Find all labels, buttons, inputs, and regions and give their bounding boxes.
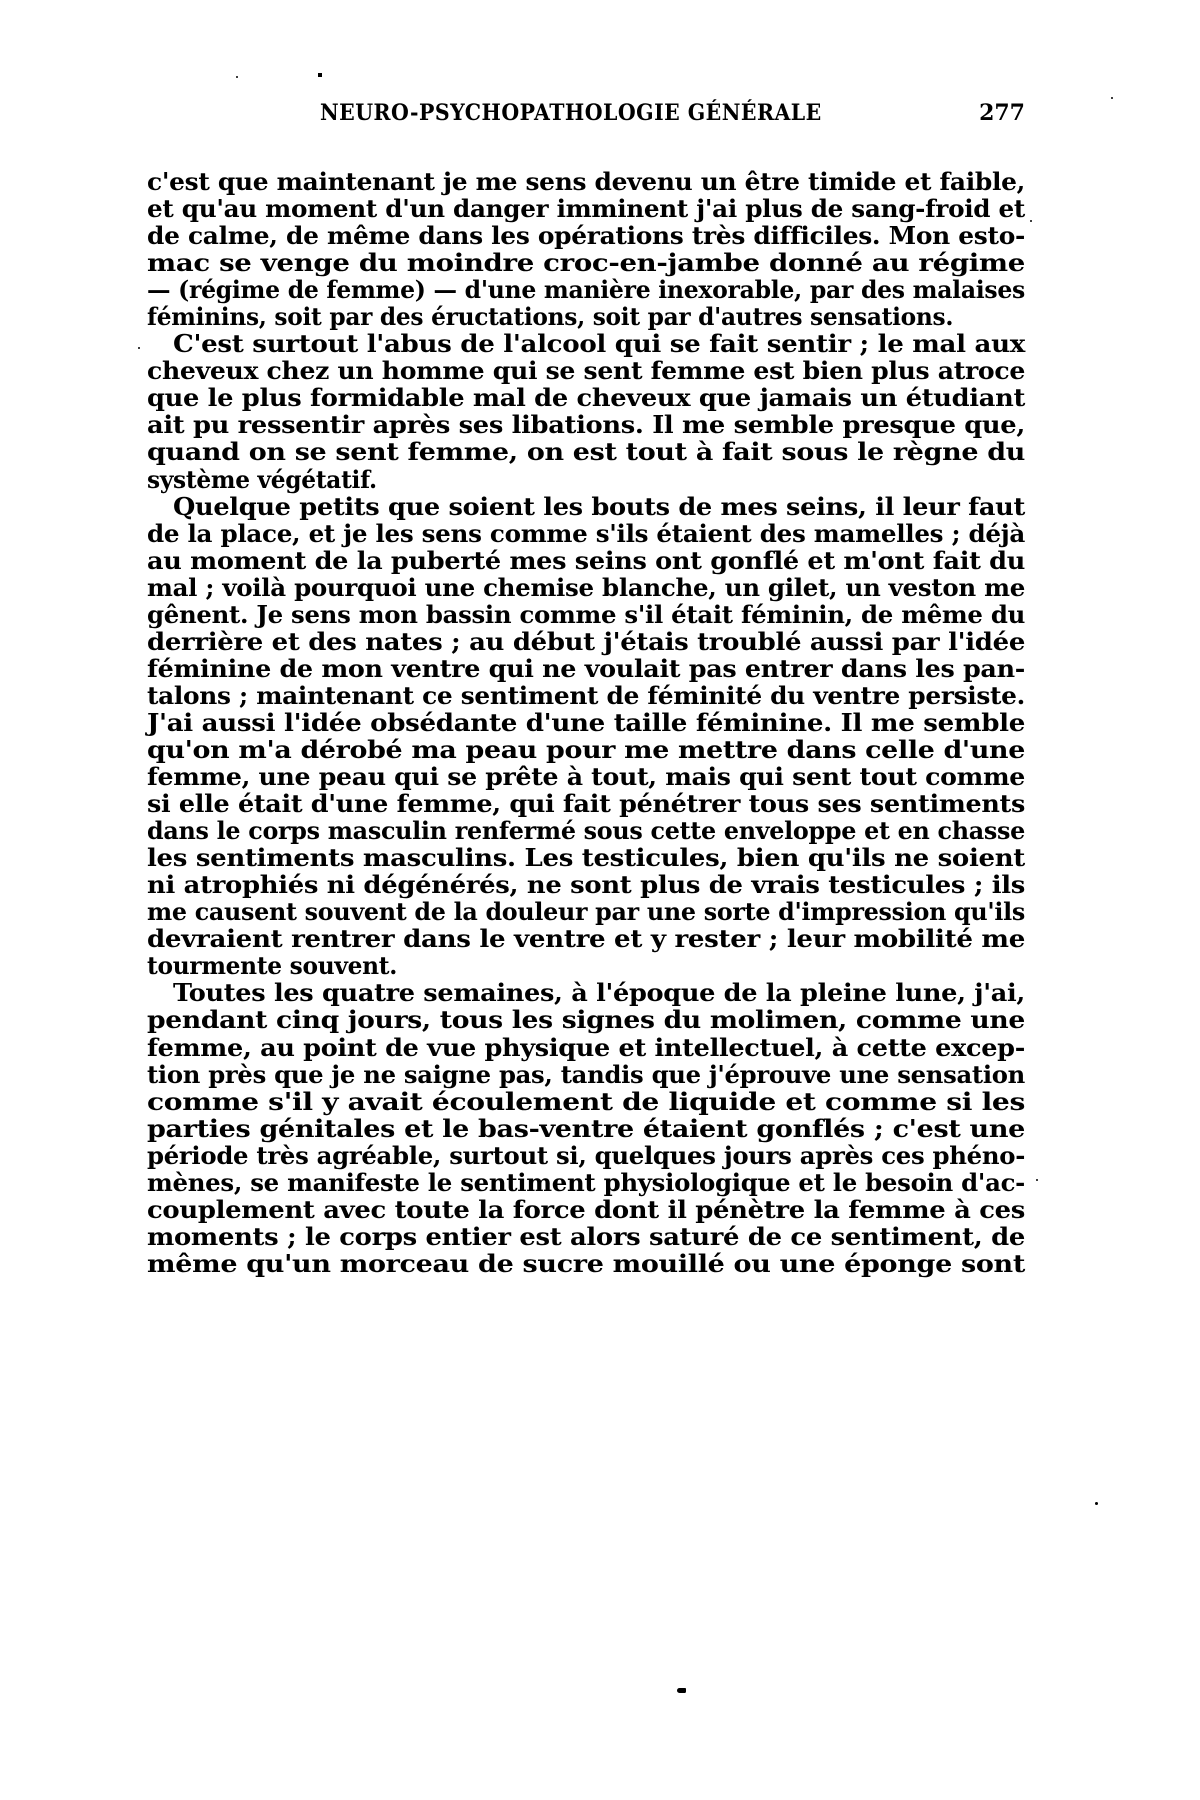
text-line: derrière et des nates ; au début j'étais… xyxy=(147,628,1025,655)
text-line: couplement avec toute la force dont il p… xyxy=(147,1196,1025,1223)
text-line: comme s'il y avait écoulement de liquide… xyxy=(147,1088,1025,1115)
text-line: cheveux chez un homme qui se sent femme … xyxy=(147,357,1025,384)
text-line: — (régime de femme) — d'une manière inex… xyxy=(147,276,1025,303)
text-line: qu'on m'a dérobé ma peau pour me mettre … xyxy=(147,736,1025,763)
print-speck xyxy=(1036,1179,1038,1181)
text-line: me causent souvent de la douleur par une… xyxy=(147,898,1025,925)
running-head: NEURO-PSYCHOPATHOLOGIE GÉNÉRALE 277 xyxy=(147,100,1025,136)
text-line: Quelque petits que soient les bouts de m… xyxy=(147,493,1025,520)
print-mark xyxy=(677,1688,686,1693)
text-line: système végétatif. xyxy=(147,466,1025,493)
page-number: 277 xyxy=(979,100,1025,126)
text-line: devraient rentrer dans le ventre et y re… xyxy=(147,925,1025,952)
text-line: tourmente souvent. xyxy=(147,952,1025,979)
text-line: talons ; maintenant ce sentiment de fémi… xyxy=(147,682,1025,709)
text-line: que le plus formidable mal de cheveux qu… xyxy=(147,384,1025,411)
text-line: mal ; voilà pourquoi une chemise blanche… xyxy=(147,574,1025,601)
print-speck xyxy=(236,76,238,78)
text-line: c'est que maintenant je me sens devenu u… xyxy=(147,168,1025,195)
text-line: Toutes les quatre semaines, à l'époque d… xyxy=(147,979,1025,1006)
print-speck xyxy=(1111,97,1113,99)
print-speck xyxy=(1095,1502,1098,1505)
text-line: mènes, se manifeste le sentiment physiol… xyxy=(147,1169,1025,1196)
text-line: ait pu ressentir après ses libations. Il… xyxy=(147,411,1025,438)
text-line: moments ; le corps entier est alors satu… xyxy=(147,1223,1025,1250)
text-line: femme, une peau qui se prête à tout, mai… xyxy=(147,763,1025,790)
text-line: de calme, de même dans les opérations tr… xyxy=(147,222,1025,249)
text-line: même qu'un morceau de sucre mouillé ou u… xyxy=(147,1250,1025,1277)
text-line: pendant cinq jours, tous les signes du m… xyxy=(147,1006,1025,1033)
text-line: mac se venge du moindre croc-en-jambe do… xyxy=(147,249,1025,276)
text-line: de la place, et je les sens comme s'ils … xyxy=(147,520,1025,547)
text-line: féminine de mon ventre qui ne voulait pa… xyxy=(147,655,1025,682)
text-line: J'ai aussi l'idée obsédante d'une taille… xyxy=(147,709,1025,736)
text-line: si elle était d'une femme, qui fait péné… xyxy=(147,790,1025,817)
text-line: quand on se sent femme, on est tout à fa… xyxy=(147,438,1025,465)
text-line: parties génitales et le bas-ventre étaie… xyxy=(147,1115,1025,1142)
body-text: c'est que maintenant je me sens devenu u… xyxy=(147,168,1025,1277)
text-line: les sentiments masculins. Les testicules… xyxy=(147,844,1025,871)
text-line: dans le corps masculin renfermé sous cet… xyxy=(147,817,1025,844)
text-line: tion près que je ne saigne pas, tandis q… xyxy=(147,1061,1025,1088)
running-title: NEURO-PSYCHOPATHOLOGIE GÉNÉRALE xyxy=(320,100,822,126)
text-line: période très agréable, surtout si, quelq… xyxy=(147,1142,1025,1169)
text-line: C'est surtout l'abus de l'alcool qui se … xyxy=(147,330,1025,357)
text-line: féminins, soit par des éructations, soit… xyxy=(147,303,1025,330)
text-line: ni atrophiés ni dégénérés, ne sont plus … xyxy=(147,871,1025,898)
text-line: gênent. Je sens mon bassin comme s'il ét… xyxy=(147,601,1025,628)
text-line: au moment de la puberté mes seins ont go… xyxy=(147,547,1025,574)
print-speck xyxy=(138,347,140,349)
print-speck xyxy=(318,73,322,77)
text-line: femme, au point de vue physique et intel… xyxy=(147,1034,1025,1061)
text-line: et qu'au moment d'un danger imminent j'a… xyxy=(147,195,1025,222)
print-speck xyxy=(1030,220,1032,222)
